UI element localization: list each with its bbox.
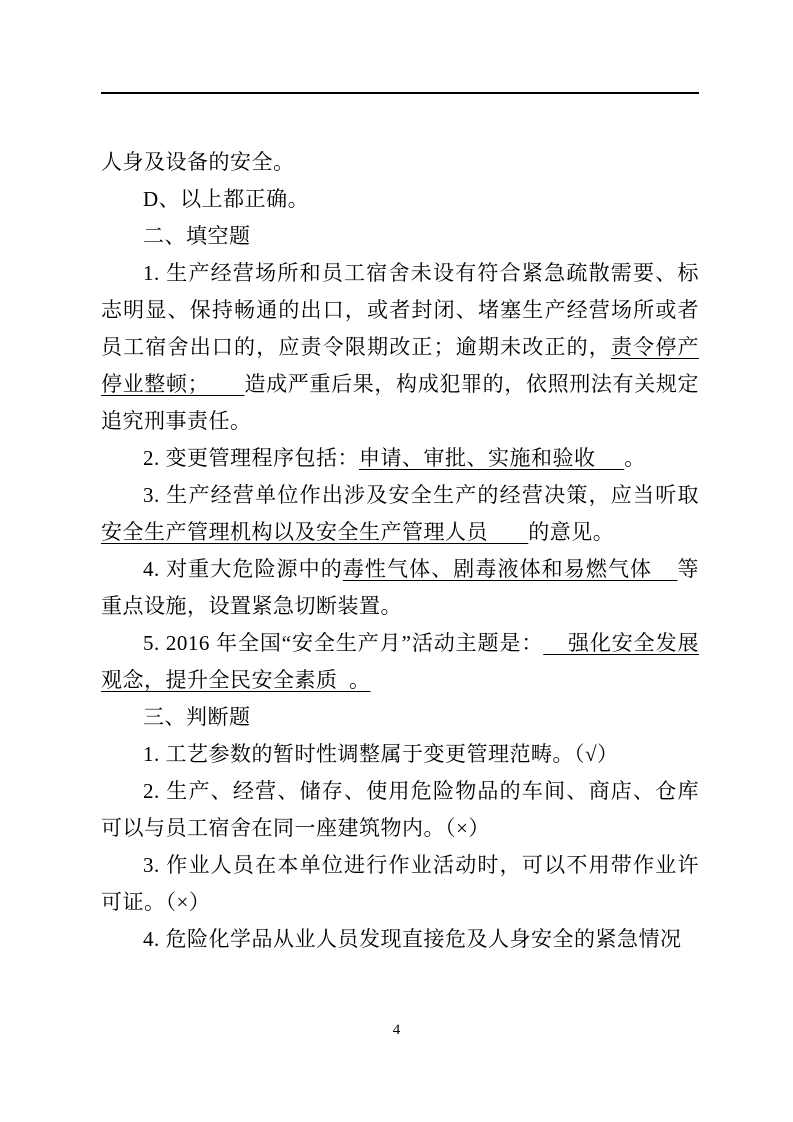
text-run: 人身及设备的安全。	[101, 150, 295, 174]
document-body: 人身及设备的安全。D、以上都正确。二、填空题1. 生产经营场所和员工宿舍未设有符…	[101, 144, 699, 958]
paragraph: 3. 生产经营单位作出涉及安全生产的经营决策，应当听取安全生产管理机构以及安全生…	[101, 477, 699, 551]
paragraph: 2. 变更管理程序包括：申请、审批、实施和验收 。	[101, 440, 699, 477]
document-page: 人身及设备的安全。D、以上都正确。二、填空题1. 生产经营场所和员工宿舍未设有符…	[0, 0, 793, 1122]
text-run: 3. 生产经营单位作出涉及安全生产的经营决策，应当听取	[143, 483, 699, 507]
text-run: 的意见。	[528, 520, 614, 544]
text-run: 5. 2016 年全国“安全生产月”活动主题是：	[143, 631, 543, 655]
paragraph: 人身及设备的安全。	[101, 144, 699, 181]
text-run: 三、判断题	[143, 705, 251, 729]
header-rule	[101, 92, 699, 94]
text-run: D、以上都正确。	[143, 187, 309, 211]
fill-in-blank-underlined: 申请、审批、实施和验收	[359, 446, 624, 470]
text-run: 二、填空题	[143, 224, 251, 248]
paragraph: 5. 2016 年全国“安全生产月”活动主题是： 强化安全发展观念，提升全民安全…	[101, 625, 699, 699]
text-run: 2. 变更管理程序包括：	[143, 446, 359, 470]
paragraph: 3. 作业人员在本单位进行作业活动时，可以不用带作业许可证。（×）	[101, 847, 699, 921]
paragraph: 三、判断题	[101, 699, 699, 736]
paragraph: 二、填空题	[101, 218, 699, 255]
fill-in-blank-underlined: 安全生产管理机构以及安全生产管理人员	[101, 520, 528, 544]
paragraph: 1. 工艺参数的暂时性调整属于变更管理范畴。（√）	[101, 736, 699, 773]
text-run: 。	[624, 446, 646, 470]
text-run: 4. 对重大危险源中的	[143, 557, 343, 581]
text-run: 1. 工艺参数的暂时性调整属于变更管理范畴。（√）	[143, 742, 619, 766]
text-run: 3. 作业人员在本单位进行作业活动时，可以不用带作业许可证。（×）	[101, 853, 699, 914]
paragraph: 2. 生产、经营、储存、使用危险物品的车间、商店、仓库可以与员工宿舍在同一座建筑…	[101, 773, 699, 847]
paragraph: 1. 生产经营场所和员工宿舍未设有符合紧急疏散需要、标志明显、保持畅通的出口，或…	[101, 255, 699, 440]
paragraph: D、以上都正确。	[101, 181, 699, 218]
paragraph: 4. 对重大危险源中的毒性气体、剧毒液体和易燃气体 等重点设施，设置紧急切断装置…	[101, 551, 699, 625]
text-run: 1. 生产经营场所和员工宿舍未设有符合紧急疏散需要、标志明显、保持畅通的出口，或…	[101, 261, 699, 359]
fill-in-blank-underlined: 毒性气体、剧毒液体和易燃气体	[343, 557, 678, 581]
text-run: 2. 生产、经营、储存、使用危险物品的车间、商店、仓库可以与员工宿舍在同一座建筑…	[101, 779, 699, 840]
page-number: 4	[0, 1020, 793, 1040]
paragraph: 4. 危险化学品从业人员发现直接危及人身安全的紧急情况	[101, 921, 699, 958]
text-run: 4. 危险化学品从业人员发现直接危及人身安全的紧急情况	[143, 927, 682, 951]
